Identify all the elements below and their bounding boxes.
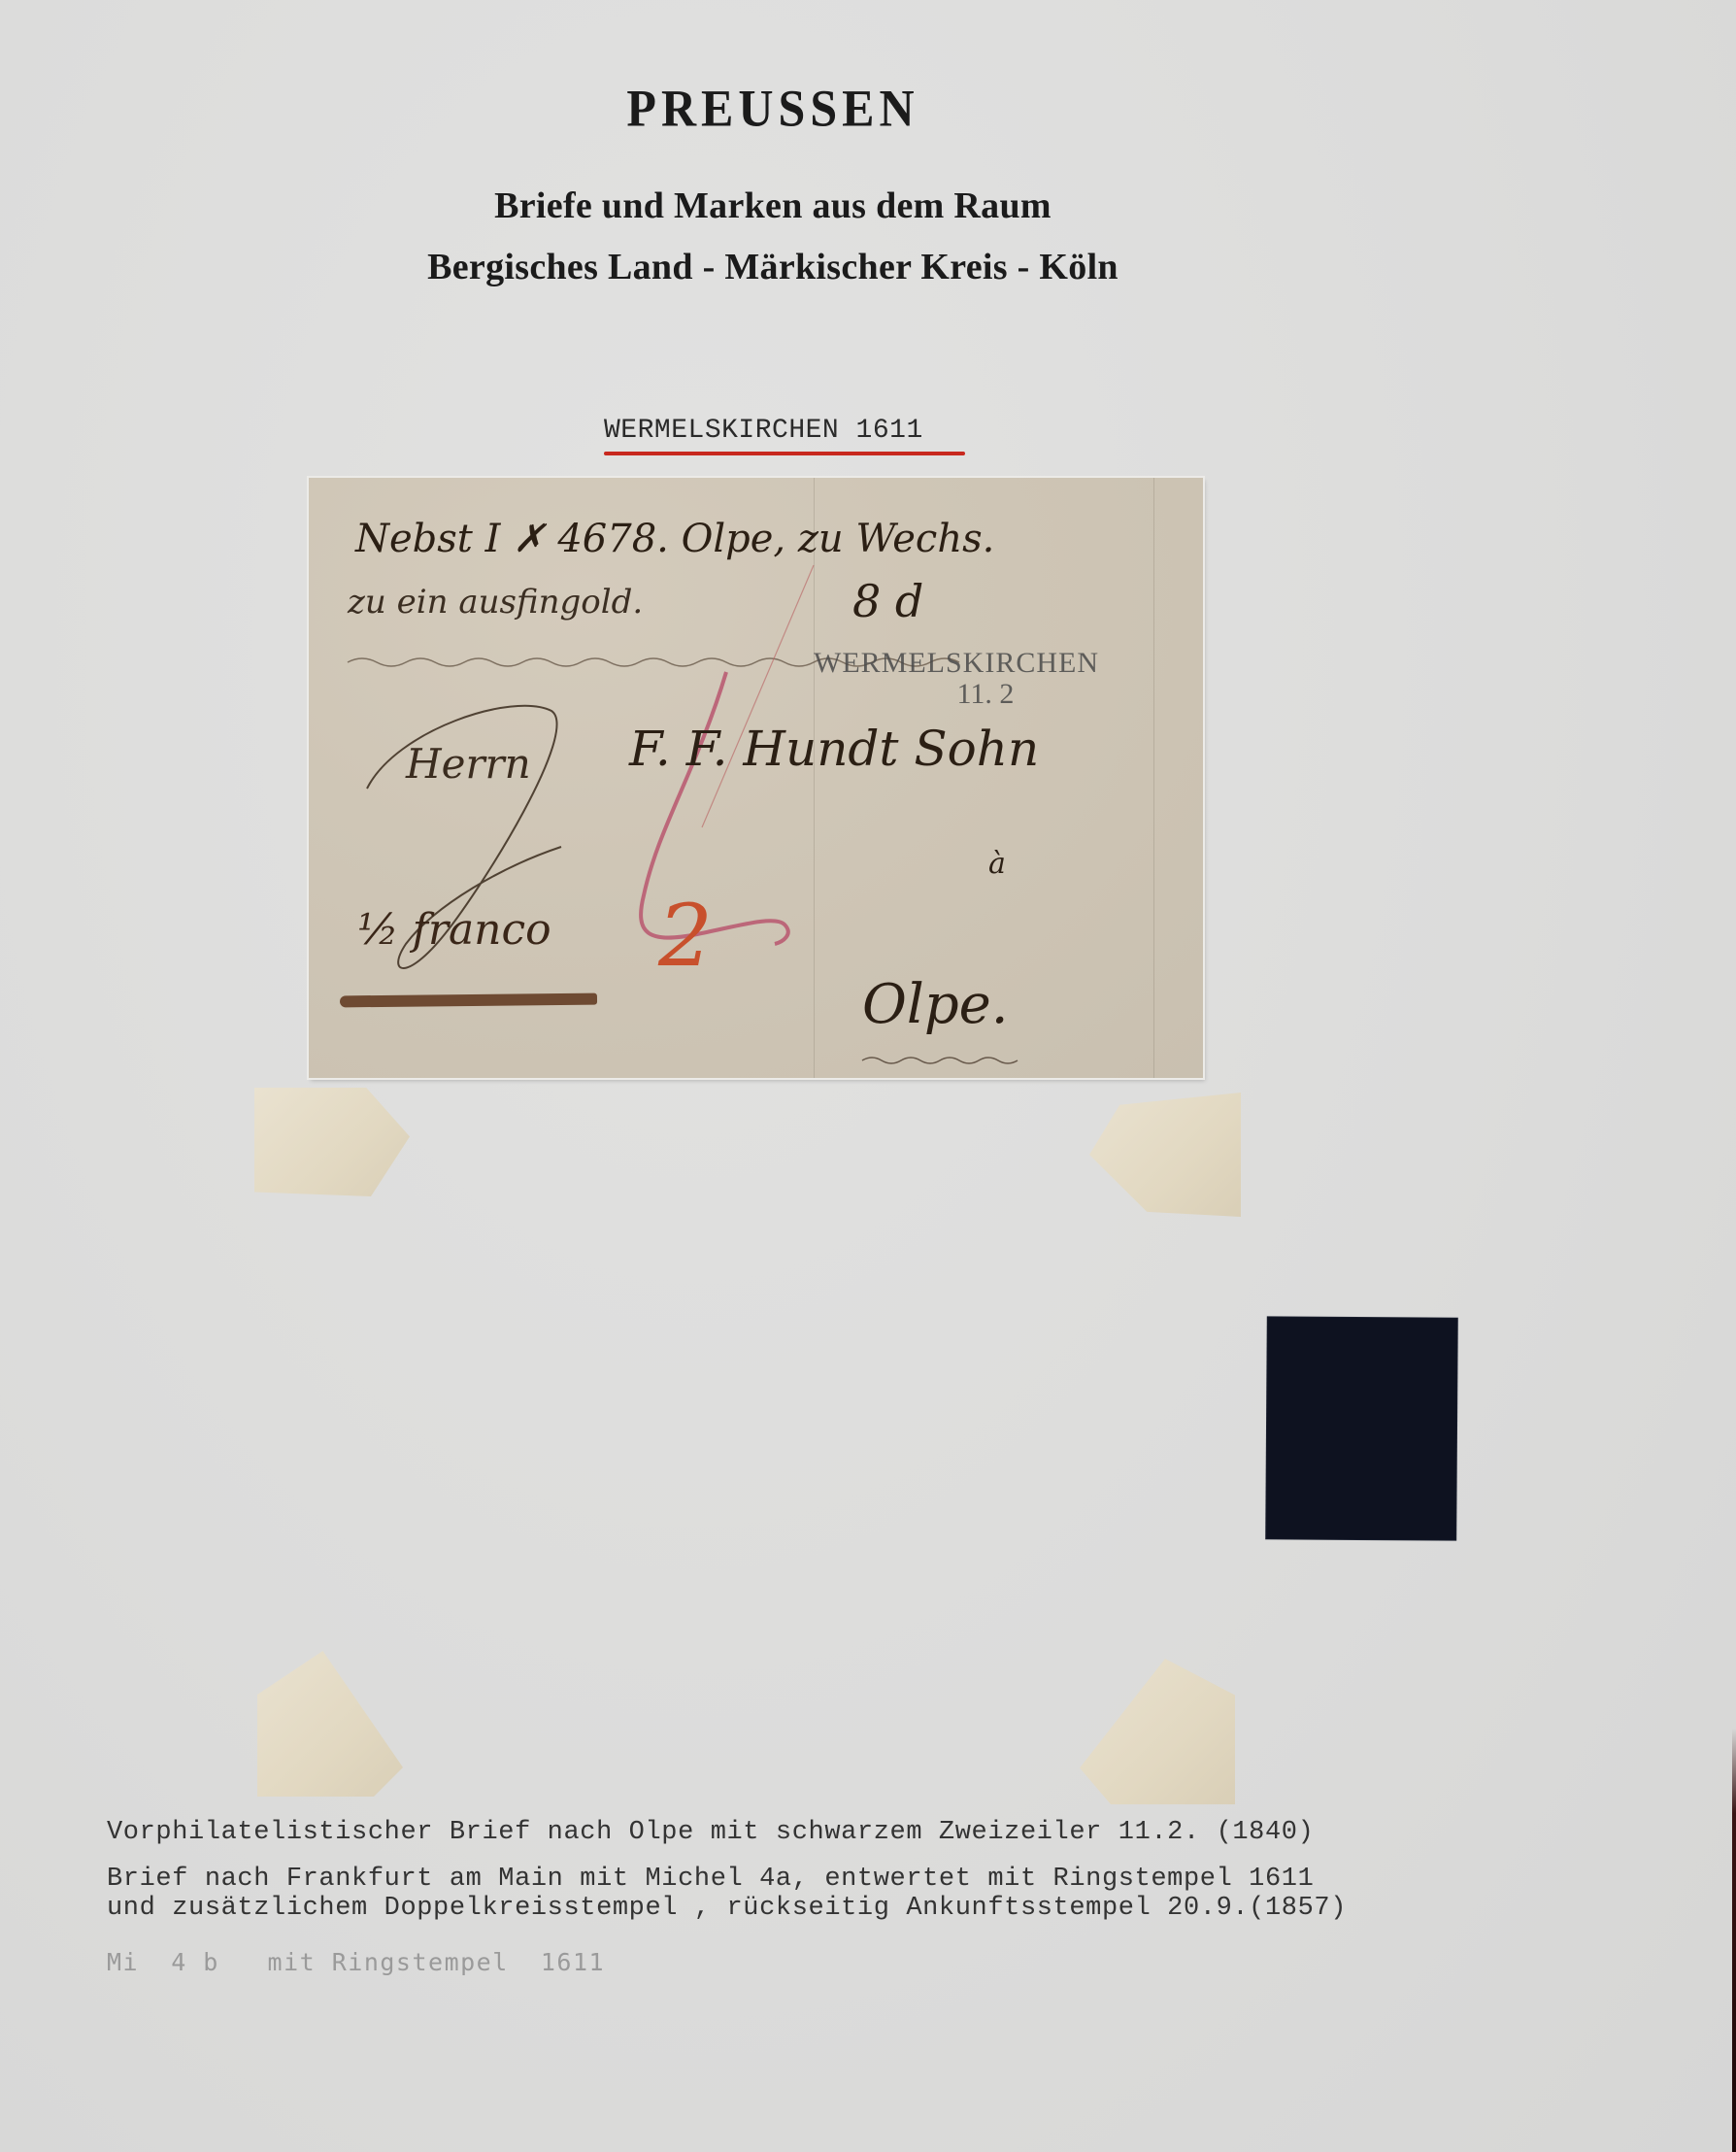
postmark-date: 11. 2 xyxy=(872,679,1099,710)
caption-item-1: Vorphilatelistischer Brief nach Olpe mit… xyxy=(107,1818,1314,1847)
addressee-prefix: Herrn xyxy=(406,740,531,788)
place-heading: WERMELSKIRCHEN 1611 xyxy=(604,416,923,446)
manuscript-line-2: zu ein ausfingold. xyxy=(348,583,643,622)
addressee-name: F. F. Hundt Sohn xyxy=(629,721,1039,777)
postmark-town: WERMELSKIRCHEN xyxy=(814,648,1099,679)
destination: Olpe. xyxy=(862,973,1009,1036)
preposition: à xyxy=(988,847,1006,881)
album-page: PREUSSEN Briefe und Marken aus dem Raum … xyxy=(0,0,1736,2152)
manuscript-line-1: Nebst I ✗ 4678. Olpe, zu Wechs. xyxy=(355,517,994,561)
caption-item-3: Mi 4 b mit Ringstempel 1611 xyxy=(107,1948,605,1976)
page-title: PREUSSEN xyxy=(0,78,1546,139)
stamp-placeholder xyxy=(1266,1317,1457,1539)
postmark-two-line: WERMELSKIRCHEN 11. 2 xyxy=(814,648,1099,709)
mount-corner-bottom-right xyxy=(1089,1093,1241,1217)
franco-note: ½ franco xyxy=(357,905,551,955)
mount-corner-top-left xyxy=(257,1651,403,1797)
caption-item-2-line-1: Brief nach Frankfurt am Main mit Michel … xyxy=(107,1865,1314,1894)
red-underline xyxy=(604,452,965,455)
page-subtitle-line2: Bergisches Land - Märkischer Kreis - Köl… xyxy=(0,246,1546,288)
mount-corner-bottom-left xyxy=(254,1088,410,1196)
mount-corner-top-right xyxy=(1080,1659,1235,1804)
letter-cover: Nebst I ✗ 4678. Olpe, zu Wechs. zu ein a… xyxy=(309,478,1203,1078)
caption-item-2-line-2: und zusätzlichem Doppelkreisstempel , rü… xyxy=(107,1894,1347,1923)
rate-mark: 8 d xyxy=(852,575,923,627)
page-edge-shadow xyxy=(1732,1729,1736,2152)
red-rate-mark: 2 xyxy=(658,886,713,986)
page-subtitle-line1: Briefe und Marken aus dem Raum xyxy=(0,185,1546,227)
